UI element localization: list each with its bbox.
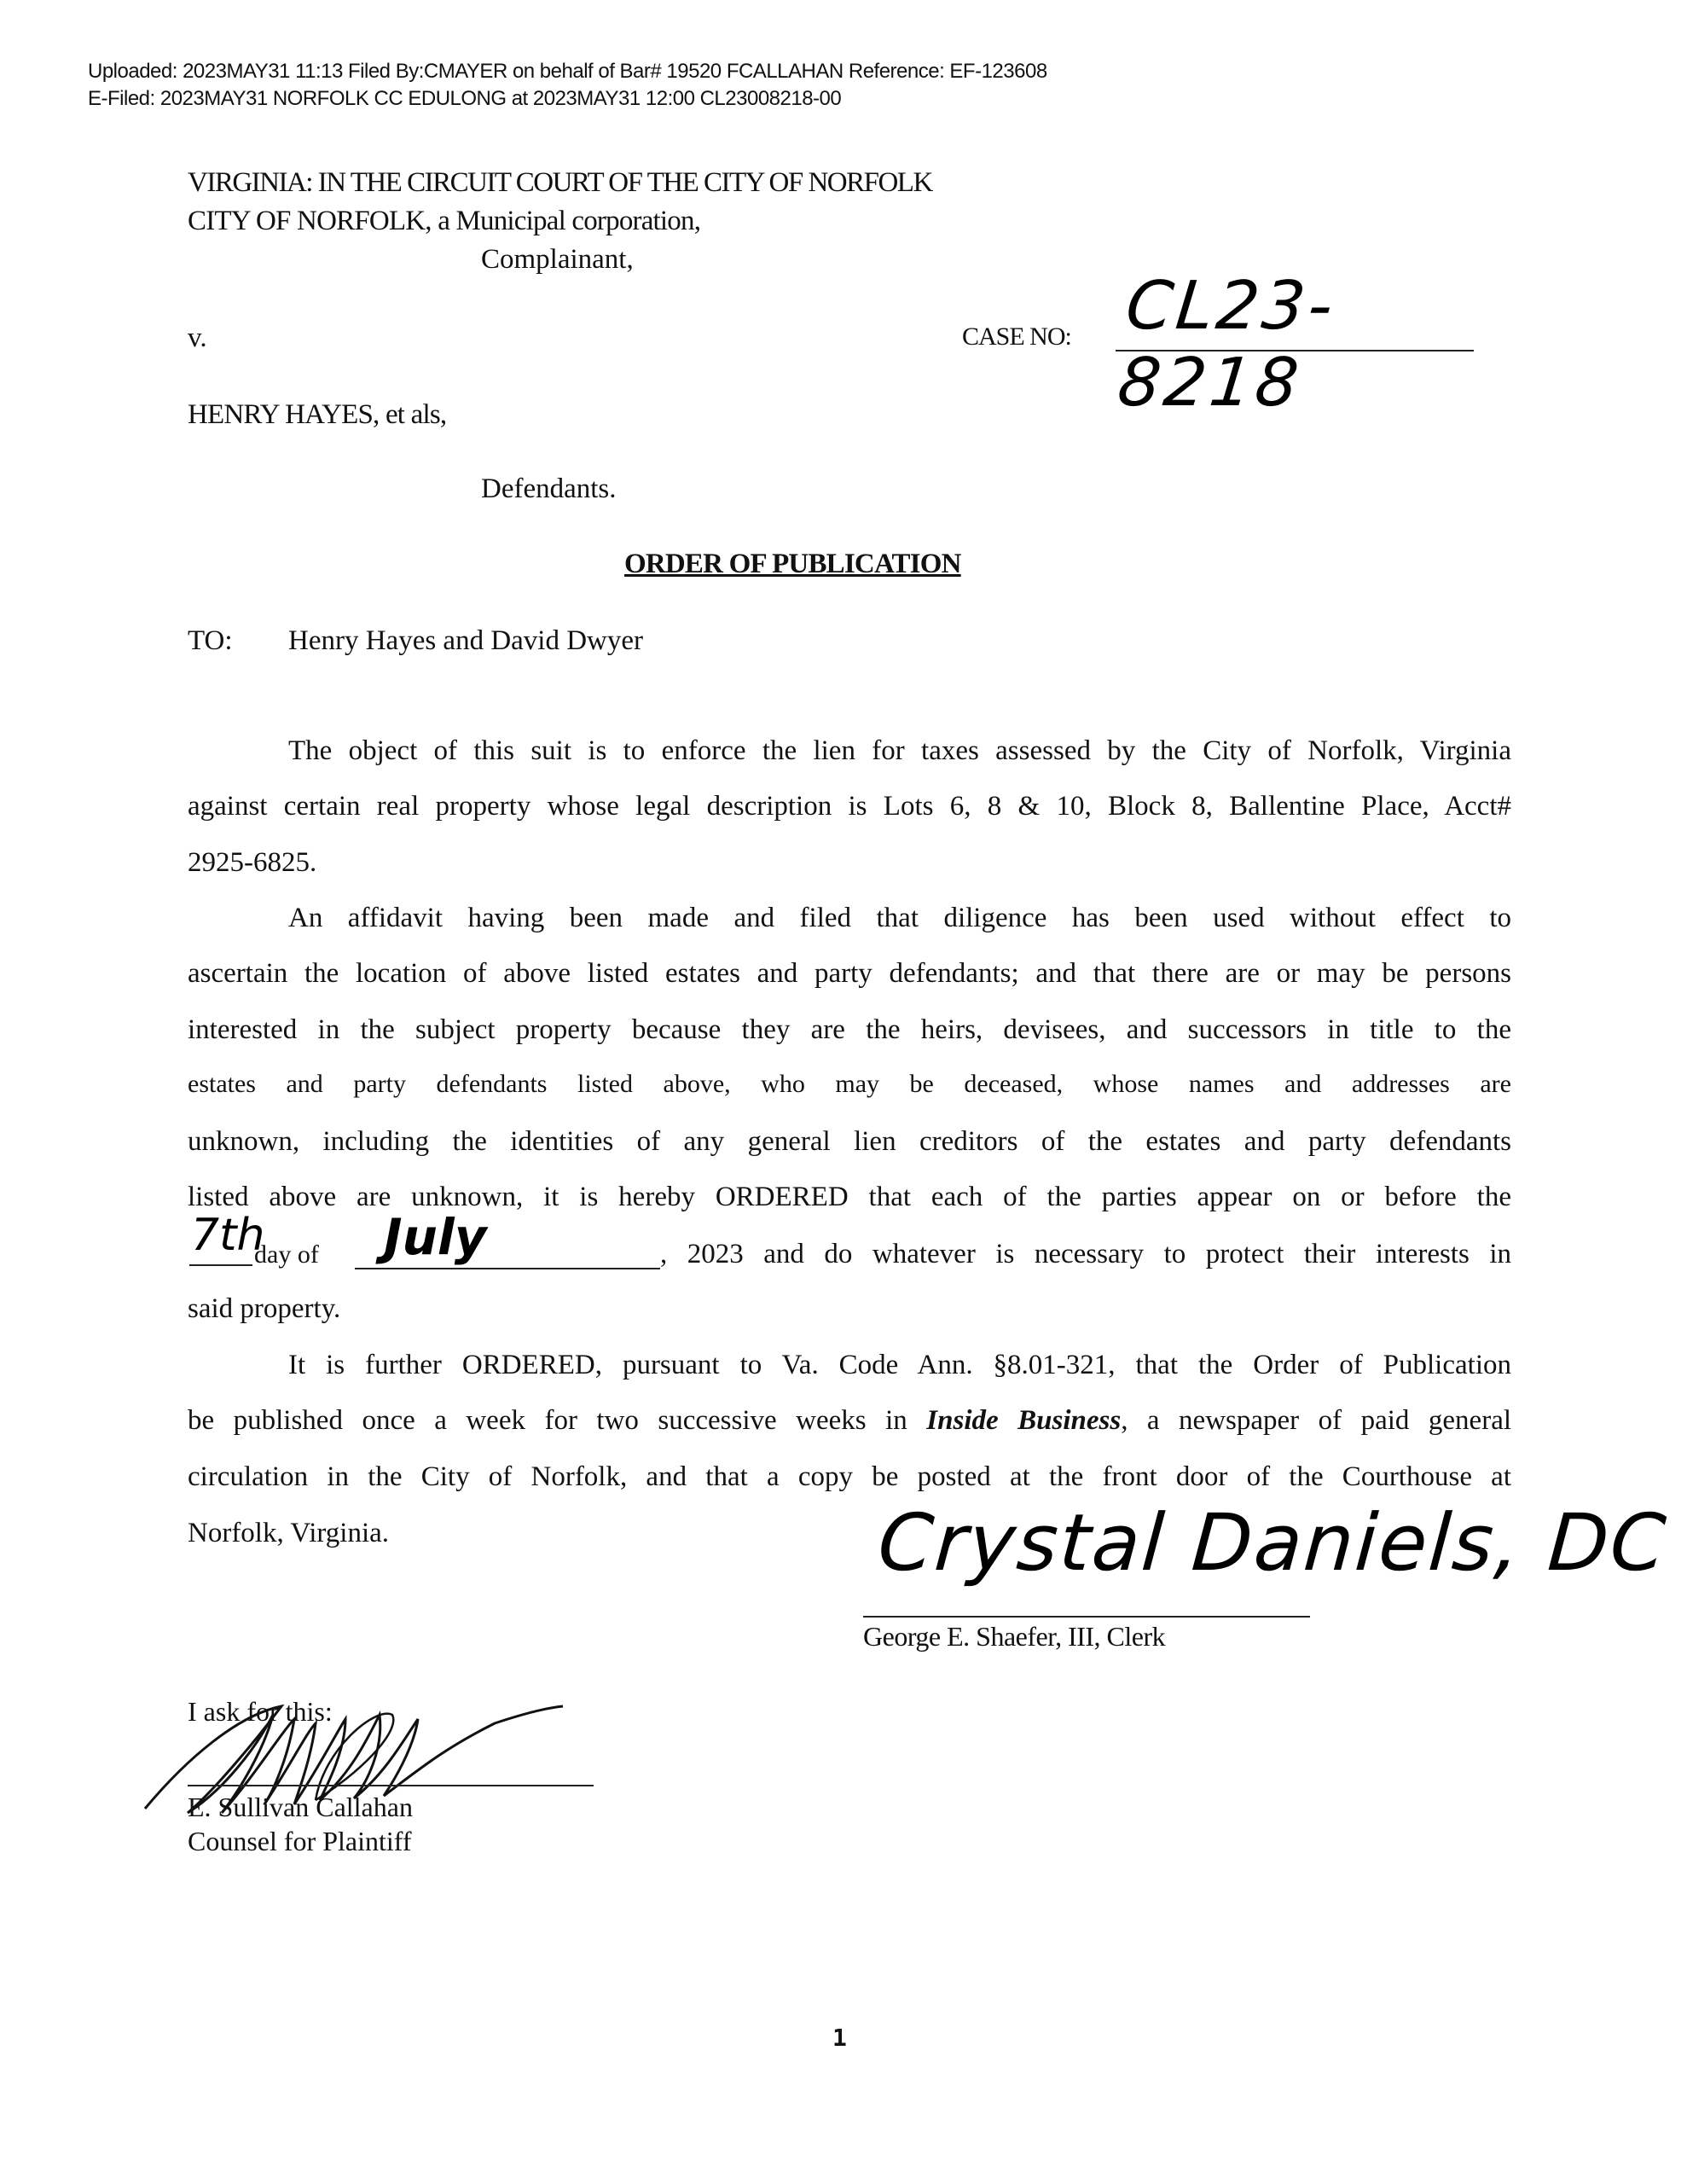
newspaper-name: Inside Business — [926, 1405, 1121, 1436]
paragraph-3-line-2: be published once a week for two success… — [188, 1405, 1511, 1437]
page-number: 1 — [832, 2024, 847, 2052]
paragraph-2-line-2: ascertain the location of above listed e… — [188, 958, 1511, 990]
counsel-signature-line — [188, 1785, 594, 1786]
day-of-label: day of — [254, 1240, 319, 1269]
paragraph-1-line-2: against certain real property whose lega… — [188, 791, 1511, 822]
month-handwritten: July — [384, 1208, 487, 1266]
paragraph-1-line-3: 2925-6825. — [188, 847, 1511, 879]
paragraph-1-line-1: The object of this suit is to enforce th… — [188, 735, 1511, 767]
court-heading: VIRGINIA: IN THE CIRCUIT COURT OF THE CI… — [188, 167, 932, 199]
document-title: ORDER OF PUBLICATION — [624, 549, 961, 580]
case-number-label: CASE NO: — [962, 322, 1071, 351]
day-blank-underline — [189, 1264, 252, 1266]
case-number-field: CL23-8218 — [1107, 268, 1482, 353]
month-blank-underline — [355, 1268, 660, 1269]
paragraph-2-line-4: estates and party defendants listed abov… — [188, 1070, 1511, 1099]
paragraph-2-line-3: interested in the subject property becau… — [188, 1014, 1511, 1046]
paragraph-3-line-3: circulation in the City of Norfolk, and … — [188, 1461, 1511, 1493]
paragraph-3-line-2-pre: be published once a week for two success… — [188, 1405, 926, 1436]
case-number-handwritten: CL23-8218 — [1115, 268, 1491, 421]
to-recipients: Henry Hayes and David Dwyer — [288, 625, 643, 657]
paragraph-3-line-2-post: , a newspaper of paid general — [1121, 1405, 1511, 1436]
versus-label: v. — [188, 322, 207, 354]
paragraph-2-end: said property. — [188, 1293, 1511, 1325]
counsel-name: E. Sullivan Callahan — [188, 1792, 413, 1823]
filing-upload-stamp: Uploaded: 2023MAY31 11:13 Filed By:CMAYE… — [88, 60, 1047, 84]
plaintiff-name: CITY OF NORFOLK, a Municipal corporation… — [188, 206, 700, 237]
filing-efiled-stamp: E-Filed: 2023MAY31 NORFOLK CC EDULONG at… — [88, 87, 841, 111]
plaintiff-role: Complainant, — [481, 244, 634, 276]
date-line-rest: , 2023 and do whatever is necessary to p… — [660, 1239, 1511, 1270]
paragraph-3-line-1: It is further ORDERED, pursuant to Va. C… — [188, 1350, 1511, 1381]
defendant-name: HENRY HAYES, et als, — [188, 399, 446, 431]
clerk-name: George E. Shaefer, III, Clerk — [863, 1621, 1165, 1653]
appearance-date-line: 7th day of July , 2023 and do whatever i… — [188, 1211, 1511, 1280]
defendant-role: Defendants. — [481, 473, 617, 505]
paragraph-2-line-5: unknown, including the identities of any… — [188, 1126, 1511, 1158]
clerk-signature: Crystal Daniels, DC — [875, 1497, 1670, 1589]
to-label: TO: — [188, 625, 233, 657]
paragraph-2-line-1: An affidavit having been made and filed … — [188, 903, 1511, 934]
clerk-signature-line — [863, 1616, 1310, 1618]
counsel-role: Counsel for Plaintiff — [188, 1826, 412, 1857]
